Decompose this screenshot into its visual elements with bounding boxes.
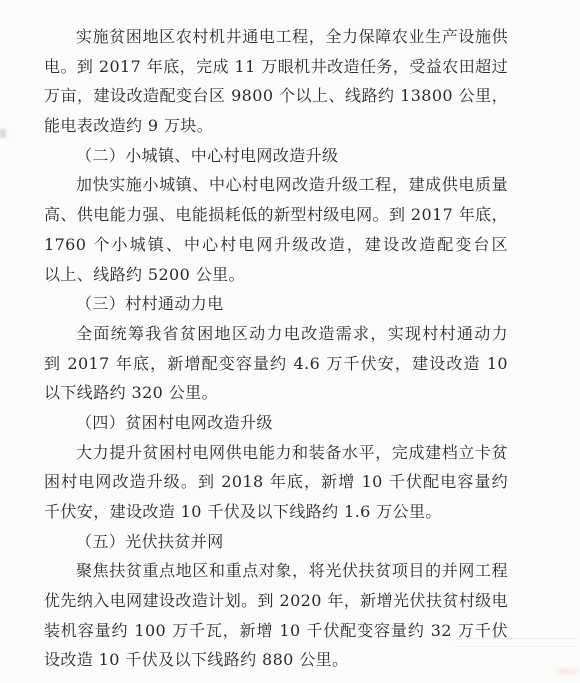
document-body: 实施贫困地区农村机井通电工程，全力保障农业生产设施供电。到 2017 年底，完成…: [44, 22, 508, 675]
scan-artifact-smudge: [0, 129, 6, 138]
text-line: 电。到 2017 年底，完成 11 万眼机井改造任务，受益农田超过 500: [44, 52, 508, 82]
section-heading: （二）小城镇、中心村电网改造升级: [44, 141, 508, 171]
text-line: 聚焦扶贫重点地区和重点对象，将光伏扶贫项目的并网工程: [44, 556, 508, 586]
text-line: 1760 个小城镇、中心村电网升级改造，建设改造配变台区 2000 个: [44, 230, 508, 260]
text-line: 高、供电能力强、电能损耗低的新型村级电网。到 2017 年底，完成: [44, 200, 508, 230]
text-line: 以上、线路约 5200 公里。: [44, 260, 508, 290]
text-line: 装机容量约 100 万千瓦，新增 10 千伏配变容量约 32 万千伏安，建: [44, 616, 508, 646]
text-line: 大力提升贫困村电网供电能力和装备水平，完成建档立卡贫: [44, 438, 508, 468]
scan-artifact-smudge: [556, 668, 578, 675]
section-heading: （四）贫困村电网改造升级: [44, 408, 508, 438]
text-line: 以下线路约 320 公里。: [44, 378, 508, 408]
text-line: 设改造 10 千伏及以下线路约 880 公里。: [44, 645, 508, 675]
text-line: 能电表改造约 9 万块。: [44, 111, 508, 141]
text-line: 加快实施小城镇、中心村电网改造升级工程，建成供电质量: [44, 170, 508, 200]
section-heading: （三）村村通动力电: [44, 289, 508, 319]
section-heading: （五）光伏扶贫并网: [44, 527, 508, 557]
text-line: 困村电网改造升级。到 2018 年底，新增 10 千伏配电容量约 86 万: [44, 467, 508, 497]
text-line: 全面统筹我省贫困地区动力电改造需求，实现村村通动力电。: [44, 319, 508, 349]
text-line: 实施贫困地区农村机井通电工程，全力保障农业生产设施供: [44, 22, 508, 52]
text-line: 优先纳入电网建设改造计划。到 2020 年，新增光伏扶贫村级电站: [44, 586, 508, 616]
document-page: 实施贫困地区农村机井通电工程，全力保障农业生产设施供电。到 2017 年底，完成…: [0, 0, 580, 683]
text-line: 到 2017 年底，新增配变容量约 4.6 万千伏安，建设改造 10 千伏及: [44, 349, 508, 379]
text-line: 千伏安，建设改造 10 千伏及以下线路约 1.6 万公里。: [44, 497, 508, 527]
text-line: 万亩，建设改造配变台区 9800 个以上、线路约 13800 公里，完成智: [44, 81, 508, 111]
